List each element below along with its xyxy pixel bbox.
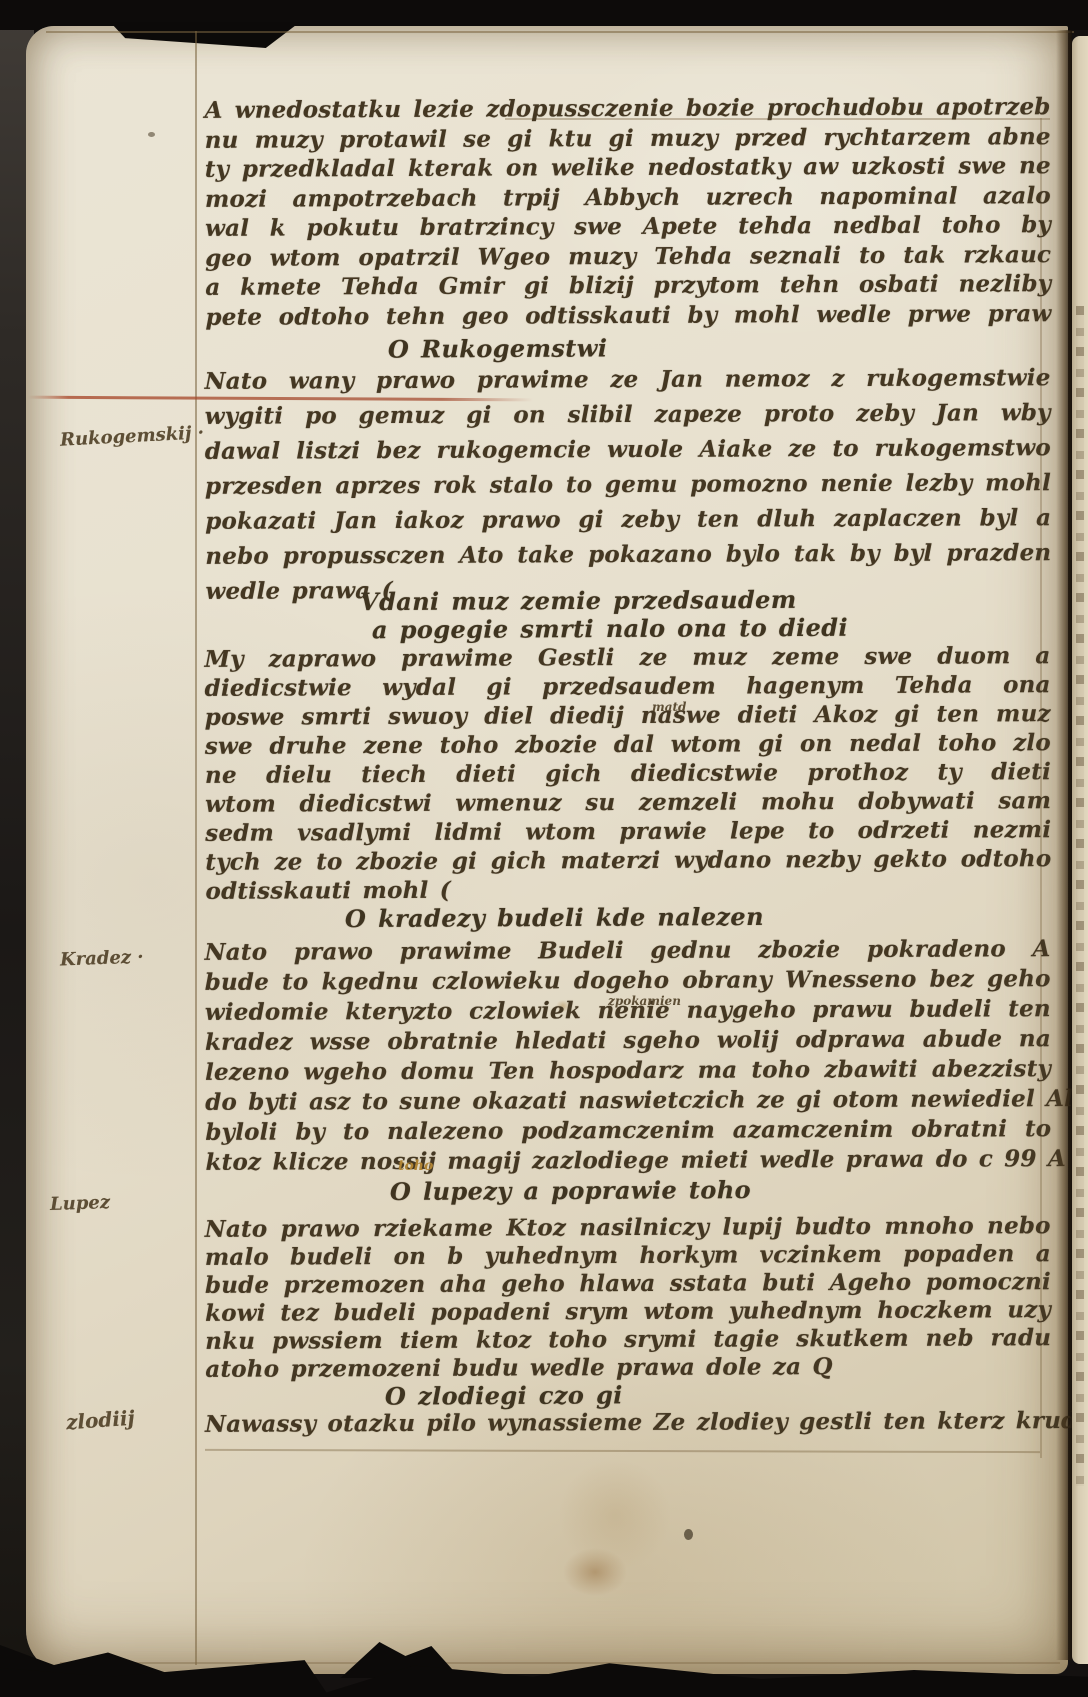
- paragraph-kradez: Nato prawo prawime Budeli gednu zbozie p…: [204, 934, 1051, 1178]
- section-heading-kradez: O kradezy budeli kde nalezen: [345, 902, 764, 933]
- text-line: lezeno wgeho domu Ten hospodarz ma toho …: [205, 1054, 1051, 1088]
- margin-note-kradez: Kradez ·: [60, 947, 144, 971]
- text-line: wtom diedicstwi wmenuz su zemzeli mohu d…: [205, 786, 1051, 819]
- ruling-line-top: [46, 31, 1074, 33]
- text-line: byloli by to nalezeno podzamczenim azamc…: [205, 1114, 1051, 1148]
- text-line: ty przedkladal kterak on welike nedostat…: [205, 151, 1051, 184]
- parchment-stain-dark: [563, 1548, 627, 1596]
- text-line: wygiti po gemuz gi on slibil zapeze prot…: [205, 395, 1051, 434]
- section-heading-lupez: O lupezy a poprawie toho: [390, 1175, 751, 1206]
- text-line: Nawassy otazku pilo wynassieme Ze zlodie…: [205, 1406, 1051, 1440]
- ruling-line-bottom: [60, 1662, 1060, 1664]
- text-line: atoho przemozeni budu wedle prawa dole z…: [205, 1352, 1051, 1384]
- paragraph-zlodej: Nawassy otazku pilo wynassieme Ze zlodie…: [205, 1406, 1051, 1440]
- adjacent-page-edge: [1072, 36, 1088, 1664]
- text-line: nebo propussczen Ato take pokazano bylo …: [205, 535, 1051, 574]
- paragraph-rukojemstvi: Nato wany prawo prawime ze Jan nemoz z r…: [204, 360, 1051, 609]
- text-line: nu muzy protawil se gi ktu gi muzy przed…: [205, 122, 1051, 155]
- ink-speck: [684, 1529, 693, 1540]
- text-line: odtisskauti mohl (: [205, 873, 1051, 906]
- interlinear-note: matd: [652, 700, 686, 714]
- ink-speck-small: [148, 132, 155, 137]
- text-line: do byti asz to sune okazati naswietczich…: [205, 1084, 1051, 1118]
- text-line: a kmete Tehda Gmir gi blizij przytom teh…: [205, 269, 1051, 302]
- text-line: ktoz klicze nossij magij zazlodiege miet…: [205, 1144, 1051, 1178]
- text-line: kowi tez budeli popadeni srym wtom yuhed…: [205, 1296, 1051, 1328]
- paragraph-dedictvi: My zaprawo prawime Gestli ze muz zeme sw…: [204, 641, 1051, 906]
- text-line: diedicstwie wydal gi przedsaudem hagenym…: [205, 670, 1051, 703]
- text-line: przesden aprzes rok stalo to gemu pomozn…: [205, 465, 1051, 504]
- text-line: mozi ampotrzebach trpij Abbych uzrech na…: [205, 181, 1051, 214]
- section-heading-dedictvi-line1: Vdani muz zemie przedsaudem: [360, 585, 797, 616]
- adjacent-page-text-fragments: [1076, 306, 1084, 1486]
- margin-note-zlodej: zlodiij: [65, 1406, 135, 1435]
- text-line: pokazati Jan iakoz prawo gi zeby ten dlu…: [205, 500, 1051, 539]
- text-line: dawal listzi bez rukogemcie wuole Aiake …: [205, 430, 1051, 469]
- text-line: malo budeli on b yuhednym horkym vczinke…: [205, 1240, 1051, 1272]
- text-line: kradez wsse obratnie hledati sgeho wolij…: [205, 1024, 1051, 1058]
- text-line: Nato prawo rziekame Ktoz nasilniczy lupi…: [205, 1212, 1051, 1244]
- section-heading-zlodej: O zlodiegi czo gi: [385, 1380, 623, 1410]
- text-line: Nato wany prawo prawime ze Jan nemoz z r…: [204, 360, 1050, 399]
- text-line: geo wtom opatrzil Wgeo muzy Tehda seznal…: [205, 240, 1051, 273]
- interlinear-note-ochre: toho: [398, 1158, 433, 1174]
- text-line: wal k pokutu bratrzincy swe Apete tehda …: [205, 210, 1051, 243]
- text-line: My zaprawo prawime Gestli ze muz zeme sw…: [204, 641, 1050, 674]
- section-heading-rukojemstvi: O Rukogemstwi: [388, 333, 607, 363]
- text-line: A wnedostatku lezie zdopussczenie bozie …: [204, 92, 1050, 125]
- section-heading-dedictvi-line2: a pogegie smrti nalo ona to diedi: [372, 613, 848, 644]
- text-line: ne dielu tiech dieti gich diedicstwie pr…: [205, 757, 1051, 790]
- text-line: tych ze to zbozie gi gich materzi wydano…: [205, 844, 1051, 877]
- text-line: swe druhe zene toho zbozie dal wtom gi o…: [205, 728, 1051, 761]
- book-gutter-shadow: [1056, 30, 1072, 1660]
- margin-note-lupez: Lupez: [50, 1192, 111, 1215]
- text-line: poswe smrti swuoy diel diedij naswe diet…: [205, 699, 1051, 732]
- text-line: bude przemozen aha geho hlawa sstata but…: [205, 1268, 1051, 1300]
- text-line: nku pwssiem tiem ktoz toho srymi tagie s…: [205, 1324, 1051, 1356]
- text-line: Nato prawo prawime Budeli gednu zbozie p…: [204, 934, 1050, 968]
- paragraph-opening: A wnedostatku lezie zdopussczenie bozie …: [204, 92, 1051, 332]
- text-line: sedm vsadlymi lidmi wtom prawie lepe to …: [205, 815, 1051, 848]
- text-line: bude to kgednu czlowieku dogeho obrany W…: [205, 964, 1051, 998]
- interlinear-note: zpokamien: [608, 994, 681, 1008]
- ruling-line-left: [195, 31, 197, 1665]
- text-line: pete odtoho tehn geo odtisskauti by mohl…: [205, 299, 1051, 332]
- paragraph-lupez: Nato prawo rziekame Ktoz nasilniczy lupi…: [205, 1212, 1052, 1384]
